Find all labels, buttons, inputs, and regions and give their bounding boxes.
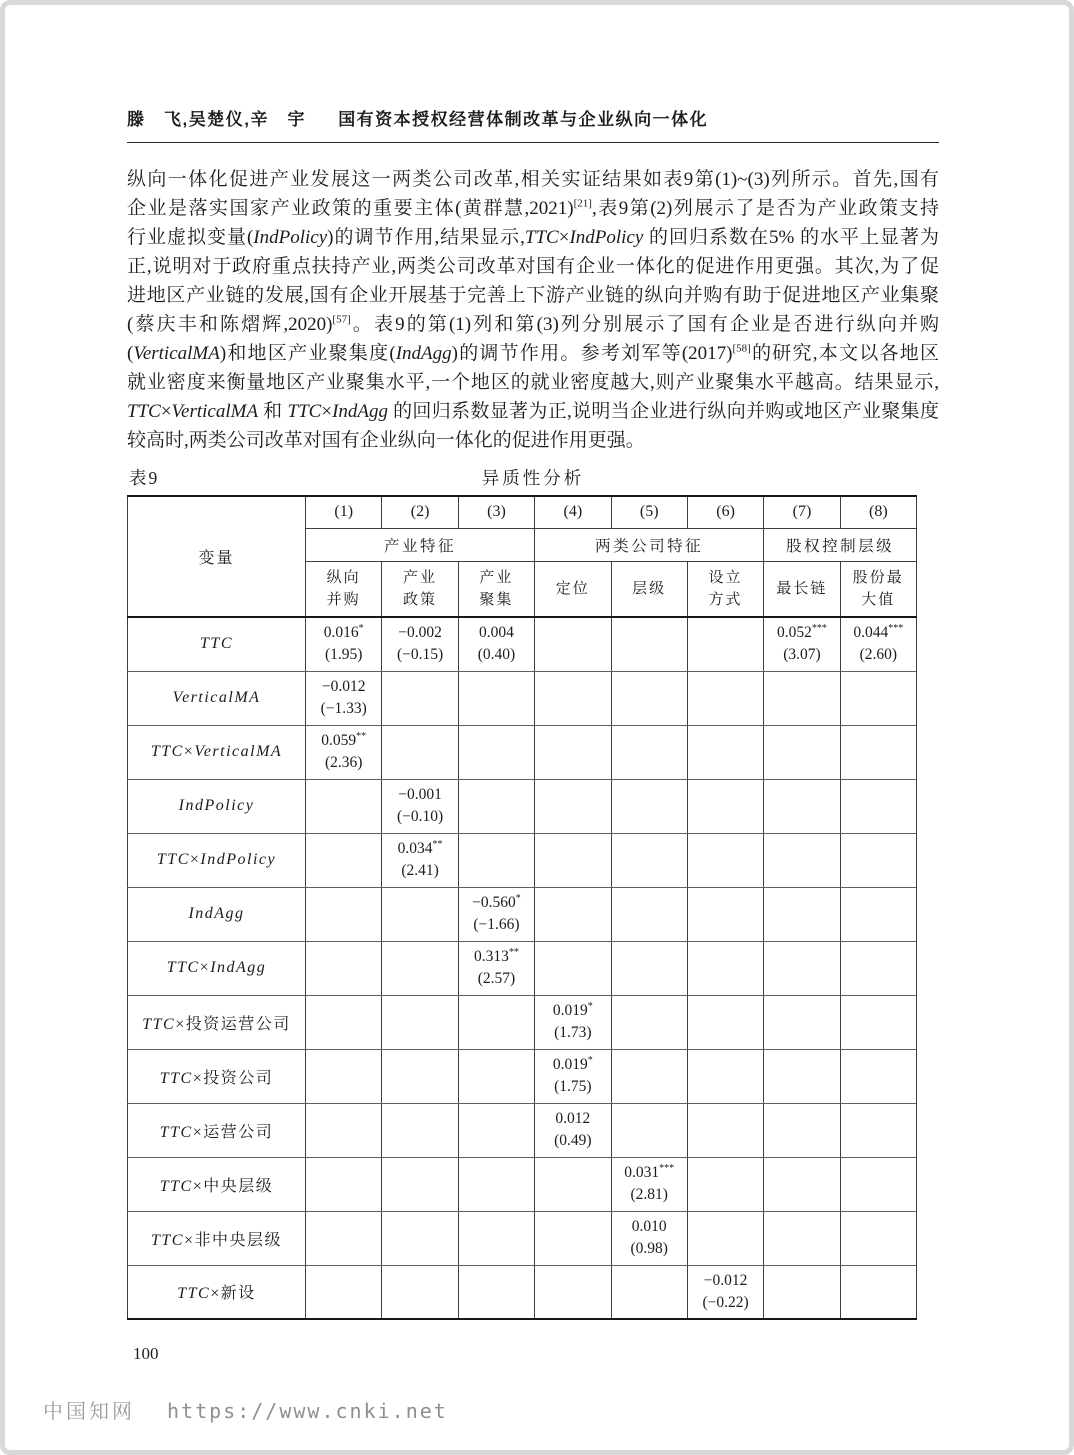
coefficient-cell: 0.019*(1.73) bbox=[535, 995, 611, 1049]
column-number: (5) bbox=[611, 496, 687, 528]
coefficient-cell bbox=[764, 779, 840, 833]
column-number-row: 变量(1)(2)(3)(4)(5)(6)(7)(8) bbox=[128, 496, 917, 528]
coefficient-cell bbox=[535, 779, 611, 833]
t-statistic: (2.81) bbox=[614, 1184, 685, 1206]
column-number: (8) bbox=[840, 496, 916, 528]
coefficient-cell: 0.016*(1.95) bbox=[306, 617, 382, 671]
coefficient-cell bbox=[611, 779, 687, 833]
coefficient-cell bbox=[764, 887, 840, 941]
coefficient-cell bbox=[840, 887, 916, 941]
coefficient-cell: 0.010(0.98) bbox=[611, 1211, 687, 1265]
coefficient-cell bbox=[611, 887, 687, 941]
column-number: (6) bbox=[687, 496, 763, 528]
cnki-url: https://www.cnki.net bbox=[167, 1399, 448, 1423]
coefficient-cell bbox=[535, 1265, 611, 1319]
coefficient-value: 0.019* bbox=[537, 1000, 608, 1022]
coefficient-cell bbox=[764, 725, 840, 779]
t-statistic: (−1.66) bbox=[461, 914, 532, 936]
row-label: TTC×新设 bbox=[128, 1265, 306, 1319]
coefficient-cell bbox=[764, 833, 840, 887]
coefficient-cell bbox=[611, 833, 687, 887]
sub-header: 产业 聚集 bbox=[458, 561, 534, 617]
coefficient-value: 0.019* bbox=[537, 1054, 608, 1076]
coefficient-cell bbox=[611, 995, 687, 1049]
t-statistic: (−0.10) bbox=[384, 806, 455, 828]
row-label: TTC×中央层级 bbox=[128, 1157, 306, 1211]
coefficient-cell bbox=[458, 1157, 534, 1211]
paragraph-line: 企业是落实国家产业政策的重要主体(黄群慧,2021)[21],表9第(2)列展示… bbox=[127, 194, 939, 223]
coefficient-cell bbox=[840, 671, 916, 725]
coefficient-cell bbox=[535, 617, 611, 671]
t-statistic: (0.49) bbox=[537, 1130, 608, 1152]
row-label: TTC bbox=[128, 617, 306, 671]
column-number: (7) bbox=[764, 496, 840, 528]
coefficient-cell bbox=[764, 995, 840, 1049]
table-row: TTC0.016*(1.95)−0.002(−0.15)0.004(0.40)0… bbox=[128, 617, 917, 671]
coefficient-cell: −0.012(−0.22) bbox=[687, 1265, 763, 1319]
coefficient-cell bbox=[687, 995, 763, 1049]
t-statistic: (1.95) bbox=[308, 644, 379, 666]
t-statistic: (1.75) bbox=[537, 1076, 608, 1098]
coefficient-cell bbox=[611, 725, 687, 779]
coefficient-cell: −0.002(−0.15) bbox=[382, 617, 458, 671]
table-row: TTC×非中央层级0.010(0.98) bbox=[128, 1211, 917, 1265]
coefficient-cell bbox=[687, 779, 763, 833]
coefficient-cell bbox=[535, 941, 611, 995]
column-number: (4) bbox=[535, 496, 611, 528]
row-label: VerticalMA bbox=[128, 671, 306, 725]
coefficient-cell: 0.313**(2.57) bbox=[458, 941, 534, 995]
t-statistic: (0.98) bbox=[614, 1238, 685, 1260]
coefficient-cell bbox=[764, 941, 840, 995]
sub-header: 产业 政策 bbox=[382, 561, 458, 617]
coefficient-cell bbox=[306, 1265, 382, 1319]
coefficient-cell bbox=[306, 833, 382, 887]
coefficient-cell: 0.012(0.49) bbox=[535, 1103, 611, 1157]
coefficient-cell bbox=[840, 1103, 916, 1157]
coefficient-cell bbox=[458, 671, 534, 725]
coefficient-cell bbox=[382, 887, 458, 941]
row-label: IndAgg bbox=[128, 887, 306, 941]
coefficient-cell: 0.019*(1.75) bbox=[535, 1049, 611, 1103]
sub-header: 最长链 bbox=[764, 561, 840, 617]
coefficient-cell bbox=[840, 941, 916, 995]
coefficient-cell bbox=[382, 1211, 458, 1265]
paragraph-line: 较高时,两类公司改革对国有企业纵向一体化的促进作用更强。 bbox=[127, 426, 939, 455]
coefficient-cell bbox=[382, 941, 458, 995]
coefficient-cell bbox=[764, 671, 840, 725]
coefficient-cell bbox=[840, 725, 916, 779]
paragraph-line: 行业虚拟变量(IndPolicy)的调节作用,结果显示,TTC×IndPolic… bbox=[127, 223, 939, 252]
coefficient-cell bbox=[458, 1103, 534, 1157]
coefficient-cell bbox=[611, 1265, 687, 1319]
coefficient-cell bbox=[840, 1211, 916, 1265]
coefficient-cell bbox=[687, 1103, 763, 1157]
coefficient-cell bbox=[382, 995, 458, 1049]
row-label: TTC×投资公司 bbox=[128, 1049, 306, 1103]
coefficient-cell bbox=[687, 833, 763, 887]
table-row: TTC×VerticalMA0.059**(2.36) bbox=[128, 725, 917, 779]
paper-page: 滕 飞,吴楚仪,辛 宇 国有资本授权经营体制改革与企业纵向一体化 纵向一体化促进… bbox=[0, 0, 1074, 1455]
coefficient-cell bbox=[840, 1049, 916, 1103]
body-paragraph: 纵向一体化促进产业发展这一两类公司改革,相关实证结果如表9第(1)~(3)列所示… bbox=[127, 165, 939, 455]
row-label: TTC×IndPolicy bbox=[128, 833, 306, 887]
coefficient-value: −0.560* bbox=[461, 892, 532, 914]
coefficient-cell bbox=[611, 941, 687, 995]
table-row: IndPolicy−0.001(−0.10) bbox=[128, 779, 917, 833]
coefficient-cell bbox=[306, 1157, 382, 1211]
coefficient-cell: 0.059**(2.36) bbox=[306, 725, 382, 779]
coefficient-cell bbox=[306, 995, 382, 1049]
coefficient-cell bbox=[764, 1157, 840, 1211]
row-label: TTC×IndAgg bbox=[128, 941, 306, 995]
row-label: TTC×运营公司 bbox=[128, 1103, 306, 1157]
paragraph-line: 进地区产业链的发展,国有企业开展基于完善上下游产业链的纵向并购有助于促进地区产业… bbox=[127, 281, 939, 310]
coefficient-cell bbox=[458, 1265, 534, 1319]
coefficient-cell bbox=[458, 779, 534, 833]
coefficient-cell bbox=[535, 887, 611, 941]
column-number: (2) bbox=[382, 496, 458, 528]
coefficient-cell: 0.004(0.40) bbox=[458, 617, 534, 671]
coefficient-value: −0.002 bbox=[384, 622, 455, 644]
coefficient-cell bbox=[840, 833, 916, 887]
results-table: 变量(1)(2)(3)(4)(5)(6)(7)(8)产业特征两类公司特征股权控制… bbox=[127, 495, 917, 1320]
running-head-authors: 滕 飞,吴楚仪,辛 宇 bbox=[127, 110, 306, 129]
sub-header: 设立 方式 bbox=[687, 561, 763, 617]
t-statistic: (2.60) bbox=[843, 644, 914, 666]
paragraph-line: (VerticalMA)和地区产业聚集度(IndAgg)的调节作用。参考刘军等(… bbox=[127, 339, 939, 368]
coefficient-value: −0.012 bbox=[308, 676, 379, 698]
paragraph-line: 正,说明对于政府重点扶持产业,两类公司改革对国有企业一体化的促进作用更强。其次,… bbox=[127, 252, 939, 281]
coefficient-cell: −0.560*(−1.66) bbox=[458, 887, 534, 941]
sub-header: 股份最 大值 bbox=[840, 561, 916, 617]
coefficient-cell bbox=[458, 995, 534, 1049]
coefficient-cell bbox=[535, 1211, 611, 1265]
t-statistic: (1.73) bbox=[537, 1022, 608, 1044]
coefficient-cell bbox=[764, 1211, 840, 1265]
running-head: 滕 飞,吴楚仪,辛 宇 国有资本授权经营体制改革与企业纵向一体化 bbox=[127, 105, 939, 143]
table-row: TTC×新设−0.012(−0.22) bbox=[128, 1265, 917, 1319]
sub-header: 纵向 并购 bbox=[306, 561, 382, 617]
coefficient-cell: 0.034**(2.41) bbox=[382, 833, 458, 887]
coefficient-cell bbox=[687, 1049, 763, 1103]
coefficient-cell bbox=[458, 833, 534, 887]
coefficient-cell bbox=[382, 1265, 458, 1319]
table-header: 变量(1)(2)(3)(4)(5)(6)(7)(8)产业特征两类公司特征股权控制… bbox=[128, 496, 917, 617]
coefficient-cell bbox=[611, 617, 687, 671]
coefficient-cell: −0.012(−1.33) bbox=[306, 671, 382, 725]
coefficient-cell bbox=[687, 671, 763, 725]
row-label: TTC×非中央层级 bbox=[128, 1211, 306, 1265]
coefficient-value: 0.044*** bbox=[843, 622, 914, 644]
column-number: (1) bbox=[306, 496, 382, 528]
coefficient-cell: 0.052***(3.07) bbox=[764, 617, 840, 671]
group-header: 产业特征 bbox=[306, 528, 535, 561]
coefficient-cell bbox=[687, 1157, 763, 1211]
coefficient-cell bbox=[687, 725, 763, 779]
coefficient-cell bbox=[458, 1049, 534, 1103]
sub-header: 定位 bbox=[535, 561, 611, 617]
table-row: TTC×IndPolicy0.034**(2.41) bbox=[128, 833, 917, 887]
coefficient-cell: −0.001(−0.10) bbox=[382, 779, 458, 833]
group-header: 两类公司特征 bbox=[535, 528, 764, 561]
table-row: TTC×中央层级0.031***(2.81) bbox=[128, 1157, 917, 1211]
coefficient-cell bbox=[611, 671, 687, 725]
coefficient-value: −0.001 bbox=[384, 784, 455, 806]
sub-header: 层级 bbox=[611, 561, 687, 617]
coefficient-cell bbox=[687, 941, 763, 995]
coefficient-value: 0.016* bbox=[308, 622, 379, 644]
t-statistic: (2.36) bbox=[308, 752, 379, 774]
coefficient-value: 0.052*** bbox=[766, 622, 837, 644]
coefficient-cell bbox=[382, 1103, 458, 1157]
table-row: TTC×运营公司0.012(0.49) bbox=[128, 1103, 917, 1157]
coefficient-cell bbox=[840, 1265, 916, 1319]
coefficient-cell bbox=[687, 1211, 763, 1265]
coefficient-cell bbox=[611, 1103, 687, 1157]
t-statistic: (2.41) bbox=[384, 860, 455, 882]
column-number: (3) bbox=[458, 496, 534, 528]
coefficient-cell bbox=[306, 941, 382, 995]
t-statistic: (−0.22) bbox=[690, 1292, 761, 1314]
coefficient-cell bbox=[611, 1049, 687, 1103]
t-statistic: (2.57) bbox=[461, 968, 532, 990]
t-statistic: (−1.33) bbox=[308, 698, 379, 720]
coefficient-cell bbox=[382, 1049, 458, 1103]
coefficient-cell: 0.031***(2.81) bbox=[611, 1157, 687, 1211]
coefficient-cell bbox=[382, 671, 458, 725]
coefficient-value: 0.059** bbox=[308, 730, 379, 752]
stub-header: 变量 bbox=[128, 496, 306, 617]
coefficient-cell bbox=[458, 725, 534, 779]
coefficient-cell bbox=[458, 1211, 534, 1265]
coefficient-cell bbox=[306, 887, 382, 941]
table-body: TTC0.016*(1.95)−0.002(−0.15)0.004(0.40)0… bbox=[128, 617, 917, 1319]
cnki-brand: 中国知网 bbox=[43, 1401, 135, 1423]
t-statistic: (3.07) bbox=[766, 644, 837, 666]
coefficient-cell bbox=[535, 833, 611, 887]
table-row: TTC×IndAgg0.313**(2.57) bbox=[128, 941, 917, 995]
table-row: IndAgg−0.560*(−1.66) bbox=[128, 887, 917, 941]
coefficient-value: 0.010 bbox=[614, 1216, 685, 1238]
coefficient-value: 0.012 bbox=[537, 1108, 608, 1130]
row-label: TTC×投资运营公司 bbox=[128, 995, 306, 1049]
coefficient-value: 0.004 bbox=[461, 622, 532, 644]
coefficient-cell bbox=[535, 725, 611, 779]
coefficient-cell bbox=[687, 887, 763, 941]
group-header: 股权控制层级 bbox=[764, 528, 917, 561]
coefficient-cell bbox=[764, 1049, 840, 1103]
paragraph-line: 纵向一体化促进产业发展这一两类公司改革,相关实证结果如表9第(1)~(3)列所示… bbox=[127, 165, 939, 194]
coefficient-cell bbox=[764, 1265, 840, 1319]
table-caption: 表9 异质性分析 bbox=[127, 465, 939, 491]
coefficient-cell bbox=[306, 1211, 382, 1265]
table-row: TTC×投资运营公司0.019*(1.73) bbox=[128, 995, 917, 1049]
coefficient-cell bbox=[382, 725, 458, 779]
coefficient-cell bbox=[306, 1103, 382, 1157]
t-statistic: (−0.15) bbox=[384, 644, 455, 666]
coefficient-cell bbox=[840, 779, 916, 833]
coefficient-cell bbox=[840, 1157, 916, 1211]
table-row: TTC×投资公司0.019*(1.75) bbox=[128, 1049, 917, 1103]
coefficient-cell bbox=[535, 671, 611, 725]
coefficient-cell bbox=[306, 1049, 382, 1103]
coefficient-value: −0.012 bbox=[690, 1270, 761, 1292]
coefficient-value: 0.313** bbox=[461, 946, 532, 968]
row-label: TTC×VerticalMA bbox=[128, 725, 306, 779]
coefficient-cell bbox=[687, 617, 763, 671]
coefficient-value: 0.031*** bbox=[614, 1162, 685, 1184]
running-head-title: 国有资本授权经营体制改革与企业纵向一体化 bbox=[338, 110, 708, 129]
paragraph-line: (蔡庆丰和陈熠辉,2020)[57]。表9的第(1)列和第(3)列分别展示了国有… bbox=[127, 310, 939, 339]
table-row: VerticalMA−0.012(−1.33) bbox=[128, 671, 917, 725]
coefficient-cell bbox=[382, 1157, 458, 1211]
table-title: 异质性分析 bbox=[127, 465, 939, 490]
coefficient-cell bbox=[840, 995, 916, 1049]
coefficient-cell bbox=[535, 1157, 611, 1211]
page-number: 100 bbox=[127, 1344, 939, 1364]
cnki-watermark: 中国知网https://www.cnki.net bbox=[43, 1395, 448, 1424]
t-statistic: (0.40) bbox=[461, 644, 532, 666]
coefficient-value: 0.034** bbox=[384, 838, 455, 860]
coefficient-cell: 0.044***(2.60) bbox=[840, 617, 916, 671]
paragraph-line: 就业密度来衡量地区产业聚集水平,一个地区的就业密度越大,则产业聚集水平越高。结果… bbox=[127, 368, 939, 397]
coefficient-cell bbox=[764, 1103, 840, 1157]
row-label: IndPolicy bbox=[128, 779, 306, 833]
paragraph-line: TTC×VerticalMA 和 TTC×IndAgg 的回归系数显著为正,说明… bbox=[127, 397, 939, 426]
coefficient-cell bbox=[306, 779, 382, 833]
content-column: 滕 飞,吴楚仪,辛 宇 国有资本授权经营体制改革与企业纵向一体化 纵向一体化促进… bbox=[127, 105, 939, 1364]
